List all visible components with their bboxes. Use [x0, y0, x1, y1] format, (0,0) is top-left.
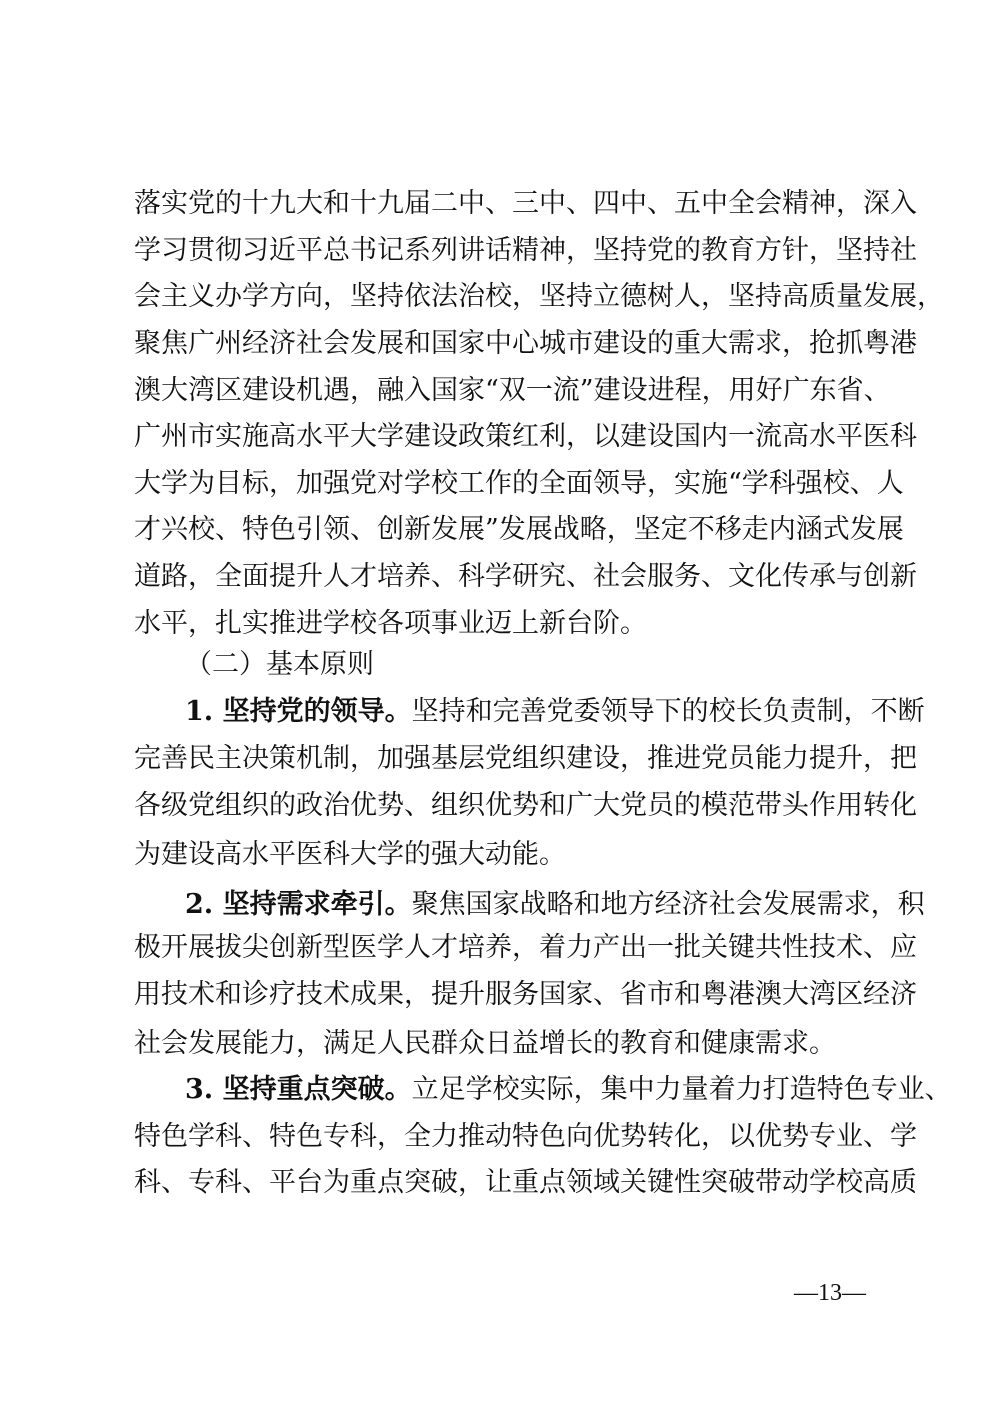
principle-3-first-line: 3. 坚持重点突破。立足学校实际，集中力量着力打造特色专业、 [185, 1070, 857, 1110]
body-text-line: 特色学科、特色专科，全力推动特色向优势转化，以优势专业、学 [134, 1117, 857, 1157]
body-text-line: 极开展拔尖创新型医学人才培养，着力产出一批关键共性技术、应 [134, 928, 857, 968]
principle-1-first-line: 1. 坚持党的领导。坚持和完善党委领导下的校长负责制，不断 [185, 692, 857, 732]
body-text-line: 学习贯彻习近平总书记系列讲话精神，坚持党的教育方针，坚持社 [134, 231, 857, 271]
body-text-line: 才兴校、特色引领、创新发展”发展战略，坚定不移走内涵式发展 [134, 510, 857, 550]
body-text-line: 水平，扎实推进学校各项事业迈上新台阶。 [134, 604, 857, 644]
body-text-line: 广州市实施高水平大学建设政策红利，以建设国内一流高水平医科 [134, 417, 857, 457]
body-text-line: 完善民主决策机制，加强基层党组织建设，推进党员能力提升，把 [134, 739, 857, 779]
body-text-line: 道路，全面提升人才培养、科学研究、社会服务、文化传承与创新 [134, 557, 857, 597]
body-text-line: 科、专科、平台为重点突破，让重点领域关键性突破带动学校高质 [134, 1163, 857, 1203]
principle-2-text: 聚焦国家战略和地方经济社会发展需求，积 [412, 889, 925, 920]
page-number: —13— [780, 1278, 880, 1308]
principle-2-first-line: 2. 坚持需求牵引。聚焦国家战略和地方经济社会发展需求，积 [185, 885, 857, 925]
principle-2-title: 2. 坚持需求牵引。 [185, 889, 412, 920]
body-text-line: 社会发展能力，满足人民群众日益增长的教育和健康需求。 [134, 1024, 857, 1064]
principle-1-text: 坚持和完善党委领导下的校长负责制，不断 [412, 696, 925, 727]
document-page: 落实党的十九大和十九届二中、三中、四中、五中全会精神，深入 学习贯彻习近平总书记… [0, 0, 991, 1403]
body-text-line: 落实党的十九大和十九届二中、三中、四中、五中全会精神，深入 [134, 184, 857, 224]
section-heading: （二）基本原则 [185, 645, 374, 685]
body-text-line: 澳大湾区建设机遇，融入国家“双一流”建设进程，用好广东省、 [134, 371, 857, 411]
body-text-line: 用技术和诊疗技术成果，提升服务国家、省市和粤港澳大湾区经济 [134, 975, 857, 1015]
body-text-line: 会主义办学方向，坚持依法治校，坚持立德树人，坚持高质量发展， [134, 277, 857, 317]
principle-3-text: 立足学校实际，集中力量着力打造特色专业、 [412, 1074, 952, 1105]
body-text-line: 各级党组织的政治优势、组织优势和广大党员的模范带头作用转化 [134, 786, 857, 826]
principle-1-title: 1. 坚持党的领导。 [185, 696, 412, 727]
body-text-line: 大学为目标，加强党对学校工作的全面领导，实施“学科强校、人 [134, 464, 857, 504]
body-text-line: 为建设高水平医科大学的强大动能。 [134, 835, 857, 875]
principle-3-title: 3. 坚持重点突破。 [185, 1074, 412, 1105]
body-text-line: 聚焦广州经济社会发展和国家中心城市建设的重大需求，抢抓粤港 [134, 324, 857, 364]
